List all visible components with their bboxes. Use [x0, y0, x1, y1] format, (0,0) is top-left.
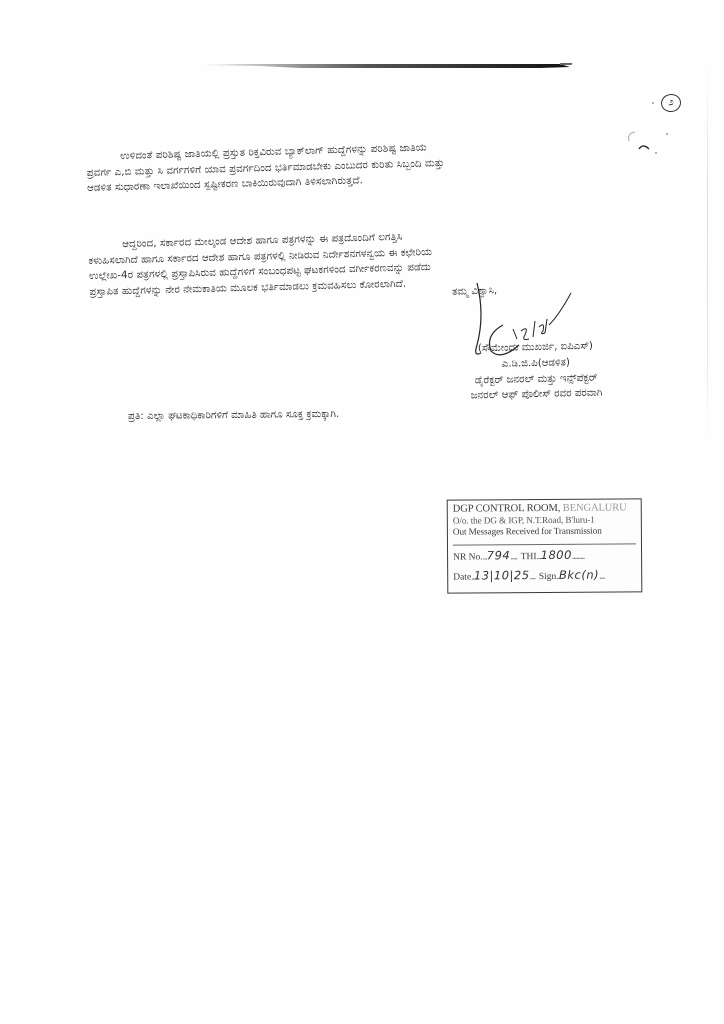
control-room-stamp: DGP CONTROL ROOM, BENGALURU O/o. the DG … — [447, 498, 643, 593]
date-label: Date — [453, 573, 471, 583]
scanner-mark — [560, 63, 573, 65]
page-edge-line — [707, 60, 708, 440]
speck — [652, 102, 654, 104]
scanned-document-page: ೨ ಉಳಿದಂತೆ ಪರಿಶಿಷ್ಟ ಜಾತಿಯಲ್ಲಿ ಪ್ರಸ್ತುತ ರಿ… — [0, 0, 724, 1024]
stamp-date-row: Date..13|10|25.... Sign..Bkc(n).... — [453, 566, 636, 585]
stamp-title-city: BENGALURU — [563, 502, 627, 513]
date-value: 13|10|25 — [474, 568, 530, 582]
thi-value: 1800 — [541, 548, 572, 562]
paragraph-1: ಉಳಿದಂತೆ ಪರಿಶಿಷ್ಟ ಜಾತಿಯಲ್ಲಿ ಪ್ರಸ್ತುತ ರಿಕ್… — [86, 134, 647, 196]
sign-label: Sign — [539, 572, 557, 582]
page-number-badge: ೨ — [660, 93, 682, 114]
nr-value: 794 — [487, 548, 511, 562]
stamp-nr-row: NR No....794..... THI...1800......... — [453, 543, 636, 565]
stamp-title-main: DGP CONTROL ROOM, — [453, 503, 561, 515]
stamp-title: DGP CONTROL ROOM, BENGALURU — [453, 502, 636, 515]
speck — [666, 133, 668, 135]
signatory-block: (ಸೌಮೇಂದು ಮುಖರ್ಜಿ, ಐಪಿಎಸ್) ಎ.ಡಿ.ಜಿ.ಪಿ(ಆಡಳ… — [415, 337, 656, 406]
thi-label: THI — [521, 552, 537, 562]
sign-value: Bkc(n) — [559, 568, 599, 582]
stamp-subtitle: Out Messages Received for Transmission — [453, 525, 636, 537]
copy-to-line: ಪ್ರತಿ: ಎಲ್ಲಾ ಘಟಕಾಧಿಕಾರಿಗಳಿಗೆ ಮಾಹಿತಿ ಹಾಗೂ… — [128, 409, 339, 423]
scanner-streak — [200, 63, 570, 69]
speck — [655, 152, 657, 154]
nr-label: NR No. — [453, 552, 483, 562]
